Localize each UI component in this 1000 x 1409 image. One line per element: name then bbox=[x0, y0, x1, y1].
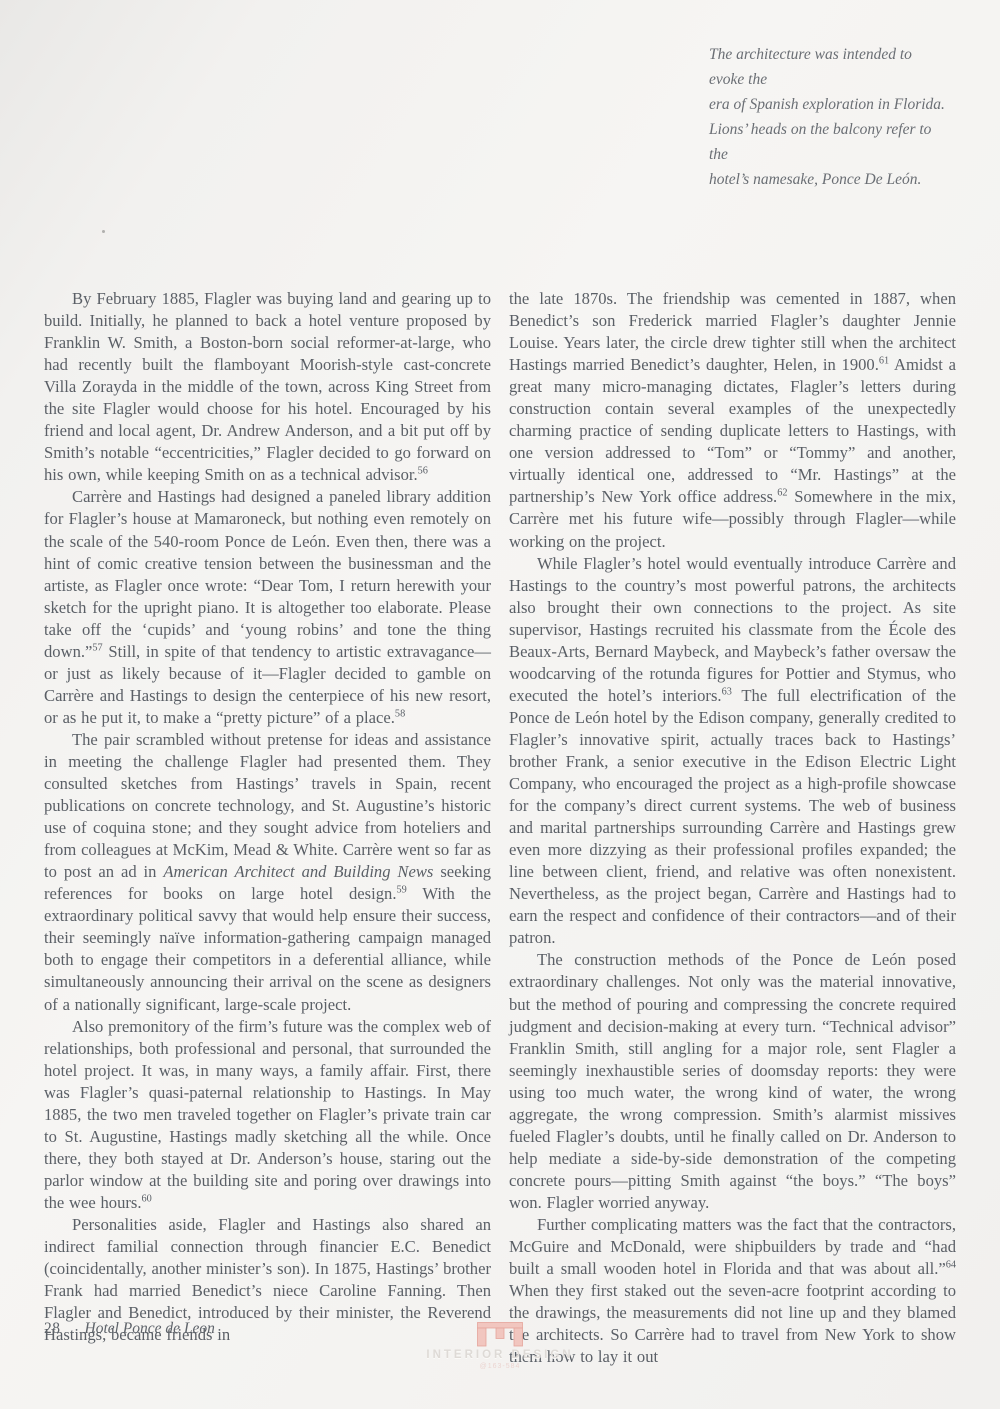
text-columns: By February 1885, Flagler was buying lan… bbox=[44, 288, 956, 1368]
body-paragraph: While Flagler’s hotel would eventually i… bbox=[509, 553, 956, 950]
body-paragraph: Also premonitory of the firm’s future wa… bbox=[44, 1016, 491, 1214]
body-paragraph: The pair scrambled without pretense for … bbox=[44, 729, 491, 1016]
left-column: By February 1885, Flagler was buying lan… bbox=[44, 288, 491, 1368]
book-page: { "page": { "caption": "The architecture… bbox=[0, 0, 1000, 1409]
running-footer: 28Hotel Ponce de Leon bbox=[44, 1320, 215, 1338]
page-number: 28 bbox=[44, 1320, 61, 1337]
body-paragraph: Further complicating matters was the fac… bbox=[509, 1214, 956, 1368]
body-paragraph: Carrère and Hastings had designed a pane… bbox=[44, 486, 491, 729]
scan-speck bbox=[102, 230, 105, 233]
body-paragraph: By February 1885, Flagler was buying lan… bbox=[44, 288, 491, 486]
body-paragraph: The construction methods of the Ponce de… bbox=[509, 949, 956, 1214]
right-column: the late 1870s. The friendship was cemen… bbox=[509, 288, 956, 1368]
body-paragraph: the late 1870s. The friendship was cemen… bbox=[509, 288, 956, 553]
photo-caption: The architecture was intended to evoke t… bbox=[709, 42, 951, 192]
book-title: Hotel Ponce de Leon bbox=[85, 1320, 215, 1337]
